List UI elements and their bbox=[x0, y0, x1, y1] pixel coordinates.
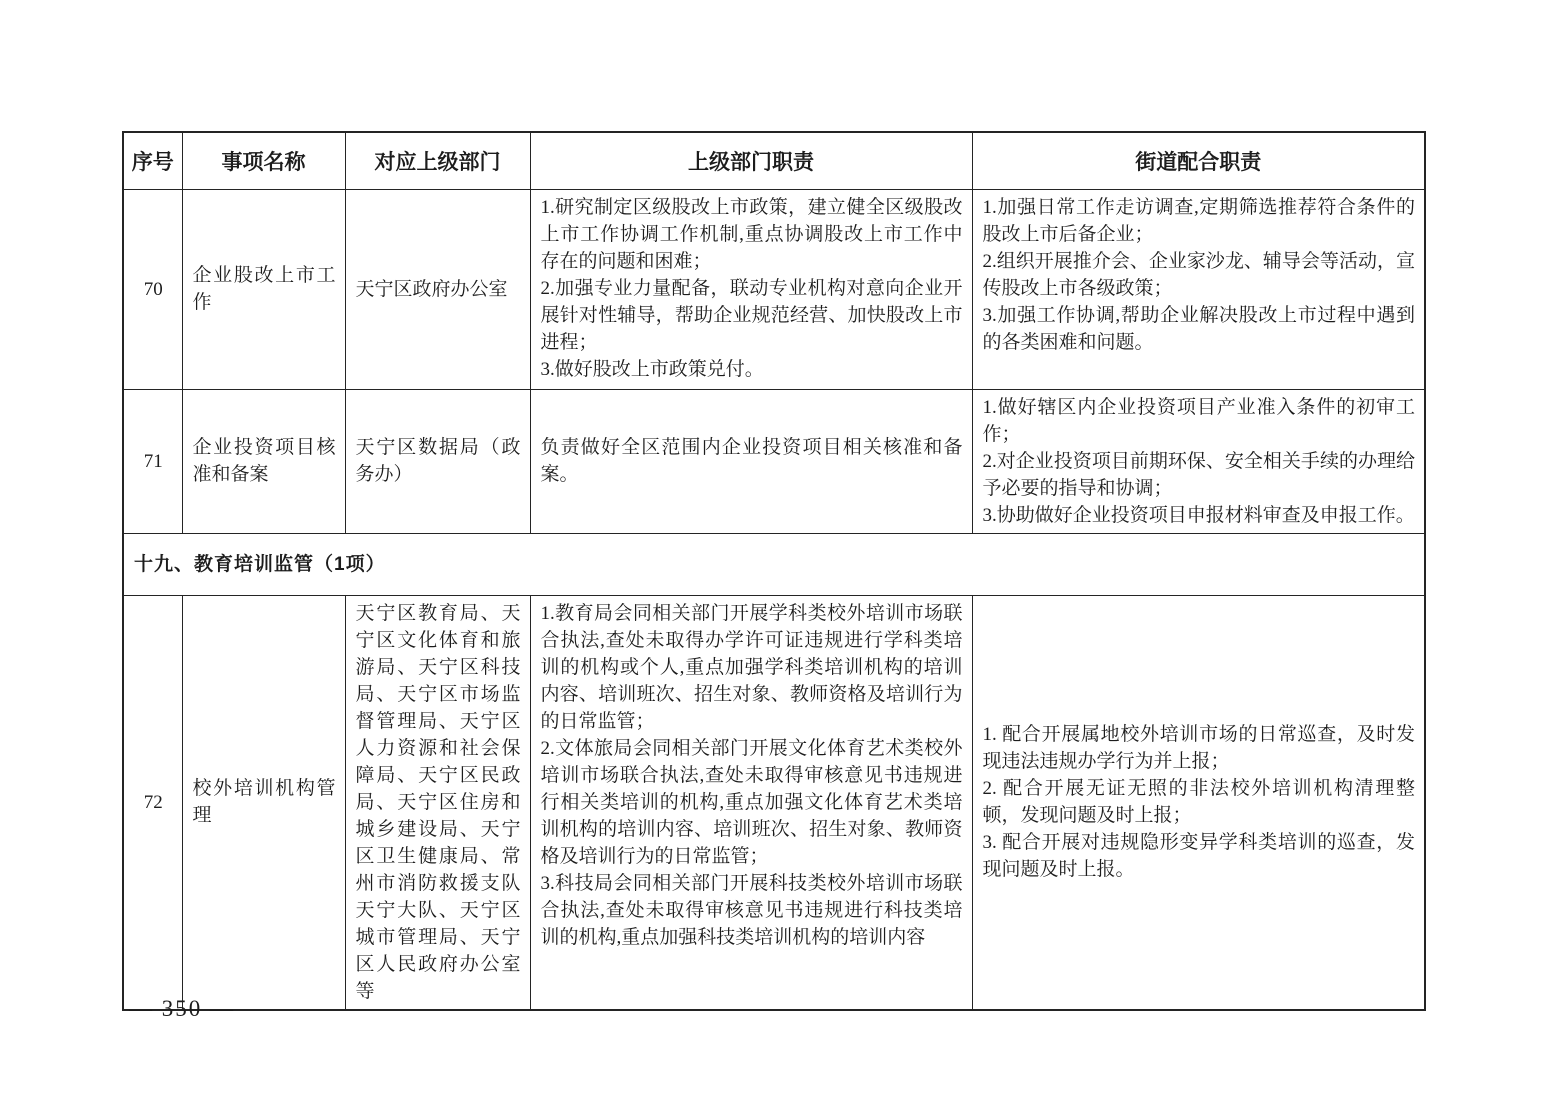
row-72-index: 72 bbox=[123, 595, 182, 1010]
page-number: — 350 — bbox=[129, 996, 235, 1022]
header-cell-street-duties: 街道配合职责 bbox=[972, 132, 1425, 189]
header-cell-superior-dept: 对应上级部门 bbox=[345, 132, 530, 189]
row-70-street-duties: 1.加强日常工作走访调查,定期筛选推荐符合条件的股改上市后备企业； 2.组织开展… bbox=[972, 189, 1425, 389]
row-71-index: 71 bbox=[123, 389, 182, 533]
duties-table: 序号 事项名称 对应上级部门 上级部门职责 街道配合职责 70 企业股改上市工作… bbox=[122, 131, 1426, 1011]
row-70-superior-dept: 天宁区政府办公室 bbox=[345, 189, 530, 389]
section-title: 十九、教育培训监管（1项） bbox=[123, 533, 1425, 595]
row-71-street-duties: 1.做好辖区内企业投资项目产业准入条件的初审工作； 2.对企业投资项目前期环保、… bbox=[972, 389, 1425, 533]
row-70-superior-duties: 1.研究制定区级股改上市政策，建立健全区级股改上市工作协调工作机制,重点协调股改… bbox=[530, 189, 972, 389]
row-72-superior-duties: 1.教育局会同相关部门开展学科类校外培训市场联合执法,查处未取得办学许可证违规进… bbox=[530, 595, 972, 1010]
row-70-index: 70 bbox=[123, 189, 182, 389]
table-row-71: 71 企业投资项目核准和备案 天宁区数据局（政务办） 负责做好全区范围内企业投资… bbox=[123, 389, 1425, 533]
header-cell-item-name: 事项名称 bbox=[182, 132, 345, 189]
table-row-70: 70 企业股改上市工作 天宁区政府办公室 1.研究制定区级股改上市政策，建立健全… bbox=[123, 189, 1425, 389]
table-header-row: 序号 事项名称 对应上级部门 上级部门职责 街道配合职责 bbox=[123, 132, 1425, 189]
row-71-superior-duties: 负责做好全区范围内企业投资项目相关核准和备案。 bbox=[530, 389, 972, 533]
document-page: 序号 事项名称 对应上级部门 上级部门职责 街道配合职责 70 企业股改上市工作… bbox=[0, 0, 1559, 1102]
table-row-72: 72 校外培训机构管理 天宁区教育局、天宁区文化体育和旅游局、天宁区科技局、天宁… bbox=[123, 595, 1425, 1010]
row-71-superior-dept: 天宁区数据局（政务办） bbox=[345, 389, 530, 533]
section-header-row: 十九、教育培训监管（1项） bbox=[123, 533, 1425, 595]
header-cell-superior-duties: 上级部门职责 bbox=[530, 132, 972, 189]
row-72-superior-dept: 天宁区教育局、天宁区文化体育和旅游局、天宁区科技局、天宁区市场监督管理局、天宁区… bbox=[345, 595, 530, 1010]
row-71-item-name: 企业投资项目核准和备案 bbox=[182, 389, 345, 533]
row-70-item-name: 企业股改上市工作 bbox=[182, 189, 345, 389]
header-cell-index: 序号 bbox=[123, 132, 182, 189]
row-72-item-name: 校外培训机构管理 bbox=[182, 595, 345, 1010]
row-72-street-duties: 1. 配合开展属地校外培训市场的日常巡查，及时发现违法违规办学行为并上报； 2.… bbox=[972, 595, 1425, 1010]
